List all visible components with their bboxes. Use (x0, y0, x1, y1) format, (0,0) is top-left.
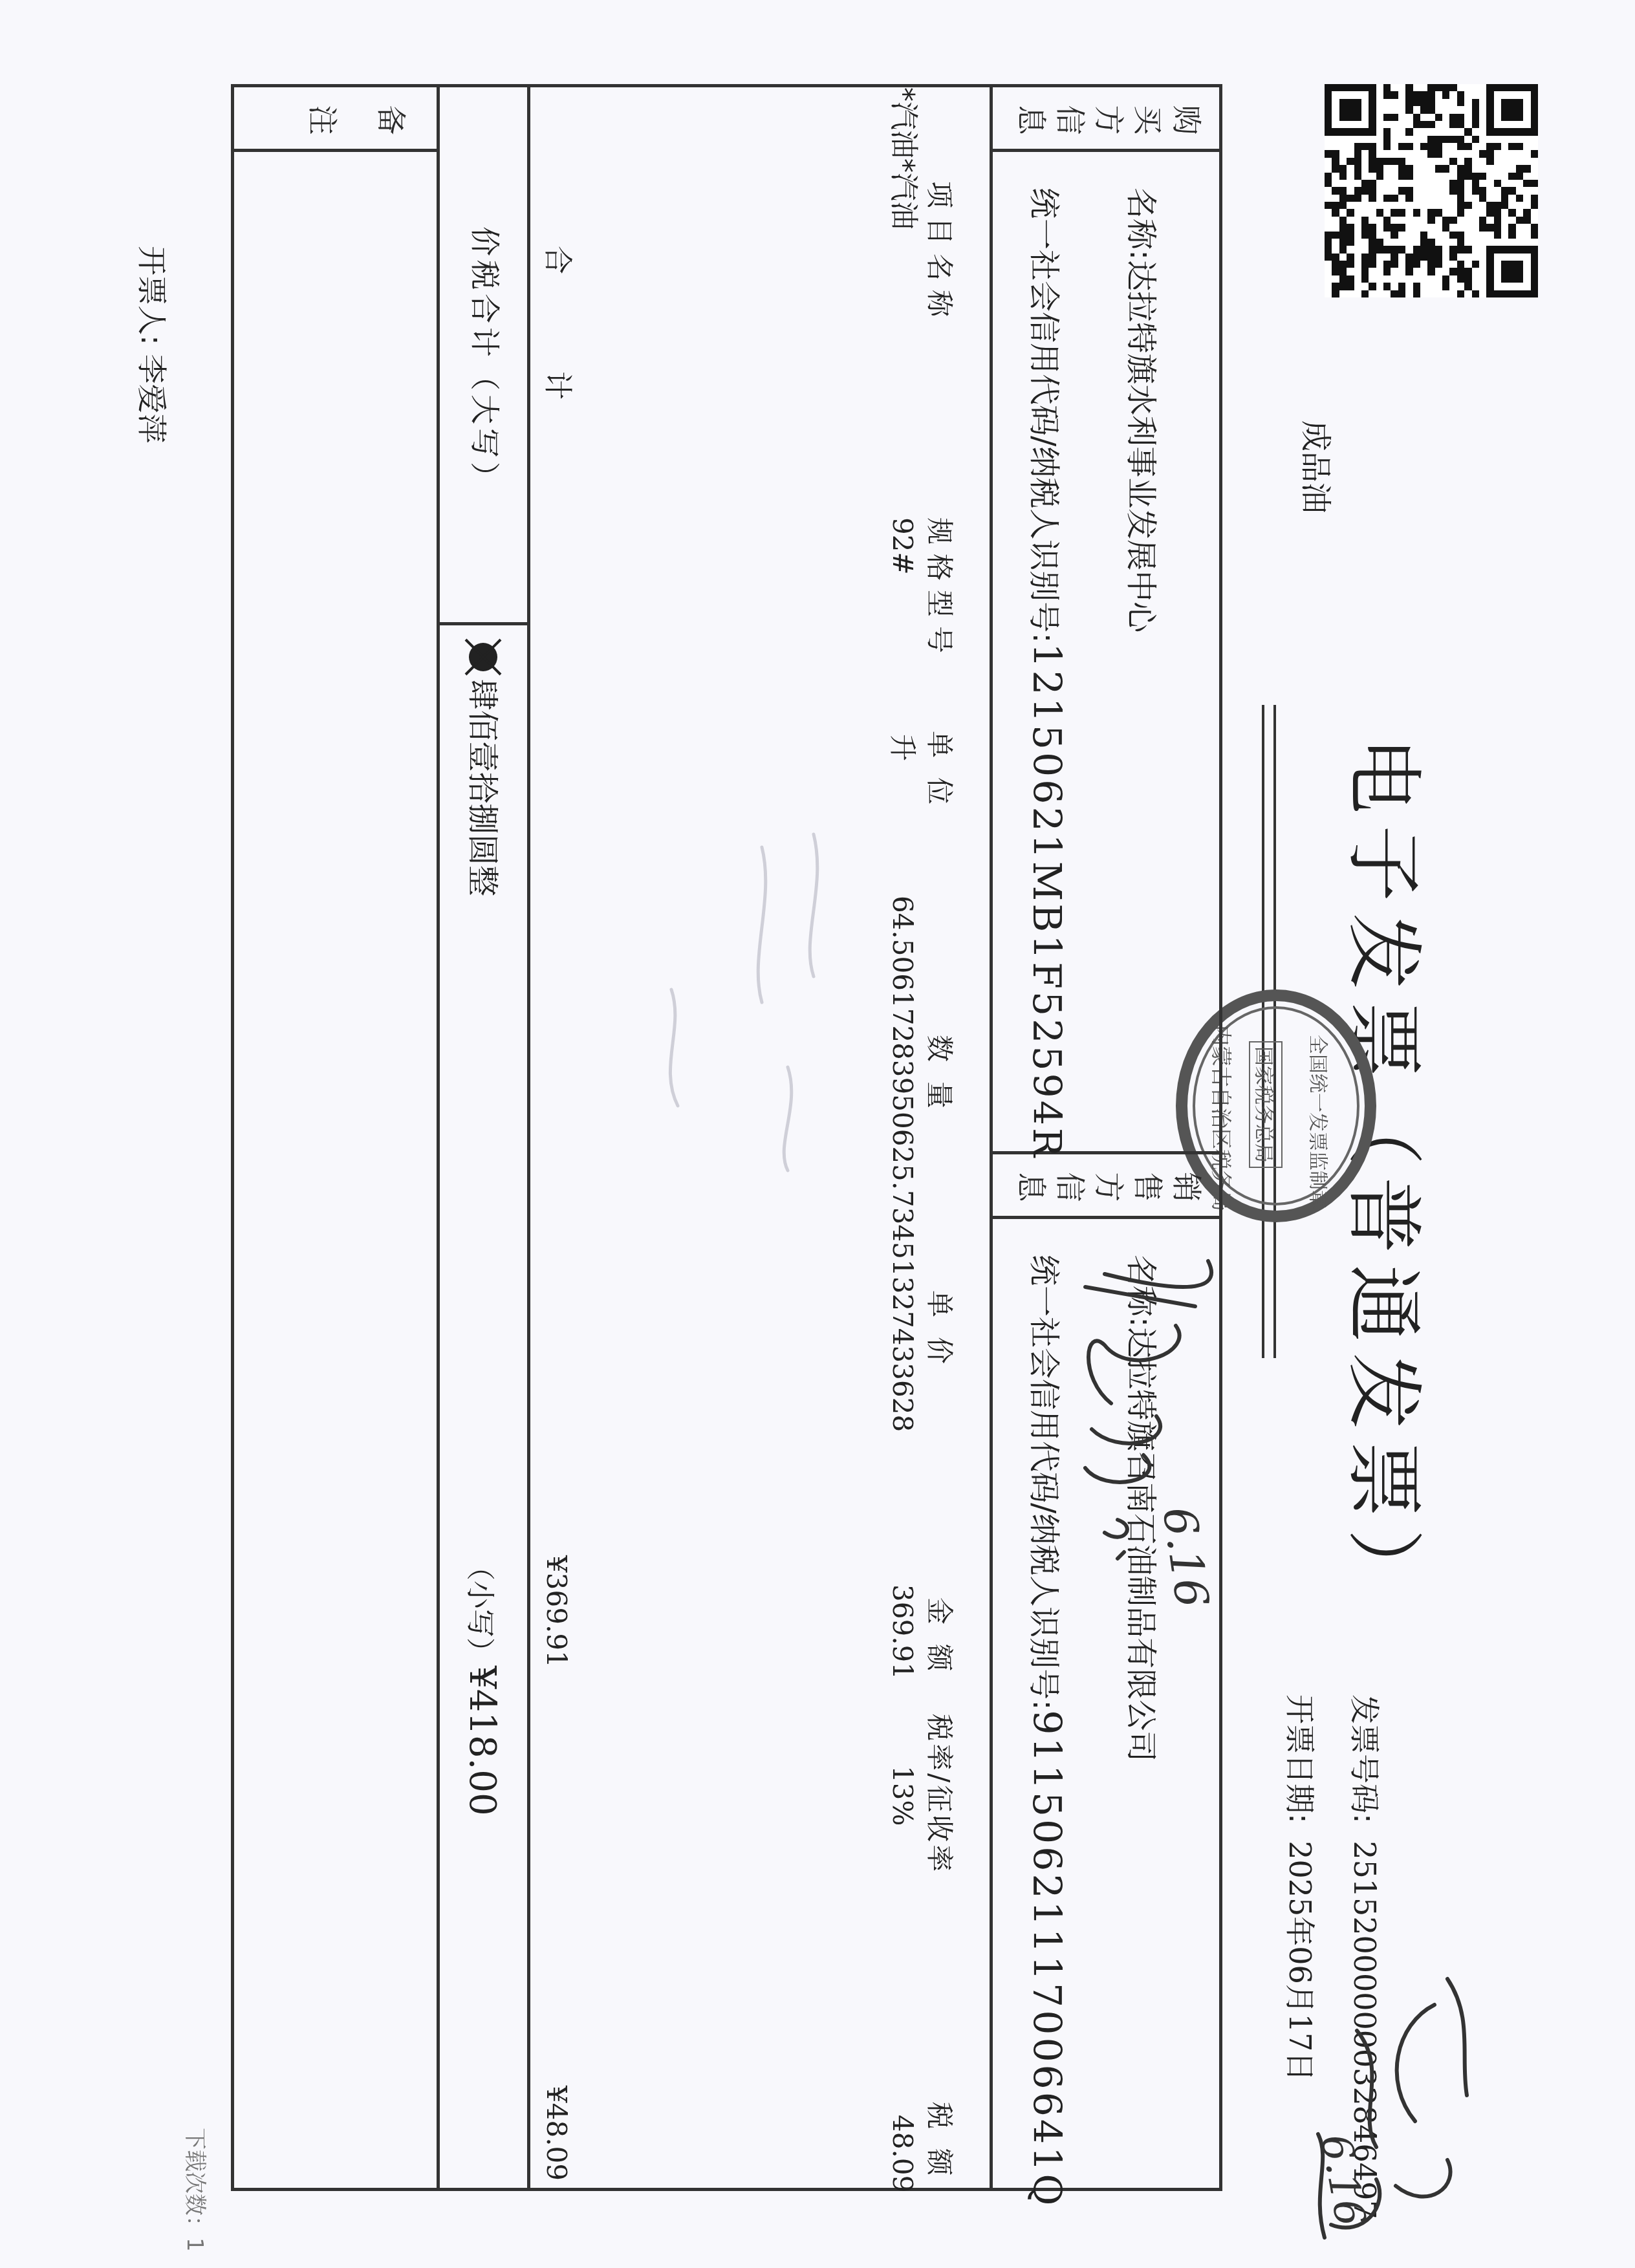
qr-code-icon (1325, 84, 1538, 297)
pencil-marks (516, 808, 839, 1261)
item-unit: 升 (889, 734, 916, 761)
header-spec: 规格型号 (926, 517, 953, 662)
subtotal-label: 合计 (543, 246, 571, 497)
item-tax-rate: 13% (889, 1766, 916, 1826)
remarks-value (244, 158, 432, 2176)
stamp-top-text: 全国统一发票监制章 (1306, 1035, 1334, 1209)
seller-tax-id-value: 91150621117006641Q (1024, 1710, 1069, 2208)
buyer-section-label: 购买方信息 (996, 87, 1215, 149)
amount-small-value: ¥418.00 (461, 1666, 503, 1816)
header-amount: 金额 (926, 1597, 953, 1690)
item-tax: 48.09 (889, 2115, 916, 2192)
amount-in-words: 肆佰壹拾捌圆整 (467, 679, 498, 896)
header-tax: 税额 (926, 2102, 953, 2195)
subtotal-amount: ¥369.91 (543, 1555, 570, 1668)
invoice-number-label: 发票号码: (1347, 1694, 1382, 1824)
cancel-mark-icon (463, 637, 503, 677)
header-item-name: 项目名称 (926, 181, 953, 326)
download-count: 下载次数：1 (184, 2128, 206, 2252)
buyer-name-value: 达拉特旗水利事业发展中心 (1123, 260, 1159, 632)
header-quantity: 数量 (926, 1035, 953, 1128)
handwritten-date-note: 6.16 (1156, 1504, 1215, 1610)
remarks-label: 备注 (241, 87, 435, 149)
issuer-name: 李爱萍 (135, 354, 169, 444)
page-title: 电子发票（普通发票） (1345, 737, 1422, 1617)
seller-section-label: 销售方信息 (996, 1154, 1215, 1216)
handwritten-annotation (1292, 1966, 1486, 2263)
item-quantity: 64.5061728395062 (889, 896, 916, 1163)
buyer-tax-id-value: 12150621MB1F52594R (1024, 643, 1069, 1160)
header-unit-price: 单价 (926, 1290, 953, 1383)
buyer-name-label: 名称: (1123, 188, 1159, 260)
buyer-tax-id: 统一社会信用代码/纳税人识别号:12150621MB1F52594R (1027, 188, 1066, 1160)
category-label: 成品油 (1300, 420, 1331, 513)
buyer-tax-id-label: 统一社会信用代码/纳税人识别号: (1026, 188, 1062, 643)
subtotal-tax: ¥48.09 (543, 2086, 570, 2181)
item-name: *汽油*汽油 (889, 87, 917, 230)
item-spec: 92# (889, 517, 916, 575)
invoice-page: 成品油 电子发票（普通发票） 发票号码: 2515200000003284649… (0, 0, 1635, 2268)
amount-small: （小写）¥418.00 (464, 1552, 500, 1816)
stamp-middle-text: 国家税务总局 (1249, 1041, 1283, 1168)
item-unit-price: 5.73451327433628 (889, 1164, 916, 1432)
amount-small-label: （小写） (463, 1552, 496, 1666)
grand-total-label: 价税合计（大写） (470, 226, 500, 495)
issue-date-label: 开票日期: (1283, 1694, 1317, 1824)
header-unit: 单位 (926, 731, 953, 824)
issuer-label: 开票人: (135, 246, 169, 345)
buyer-name: 名称:达拉特旗水利事业发展中心 (1125, 188, 1156, 632)
header-tax-rate: 税率/征收率 (926, 1714, 953, 1874)
issuer: 开票人:李爱萍 (137, 246, 167, 444)
item-amount: 369.91 (889, 1584, 916, 1679)
